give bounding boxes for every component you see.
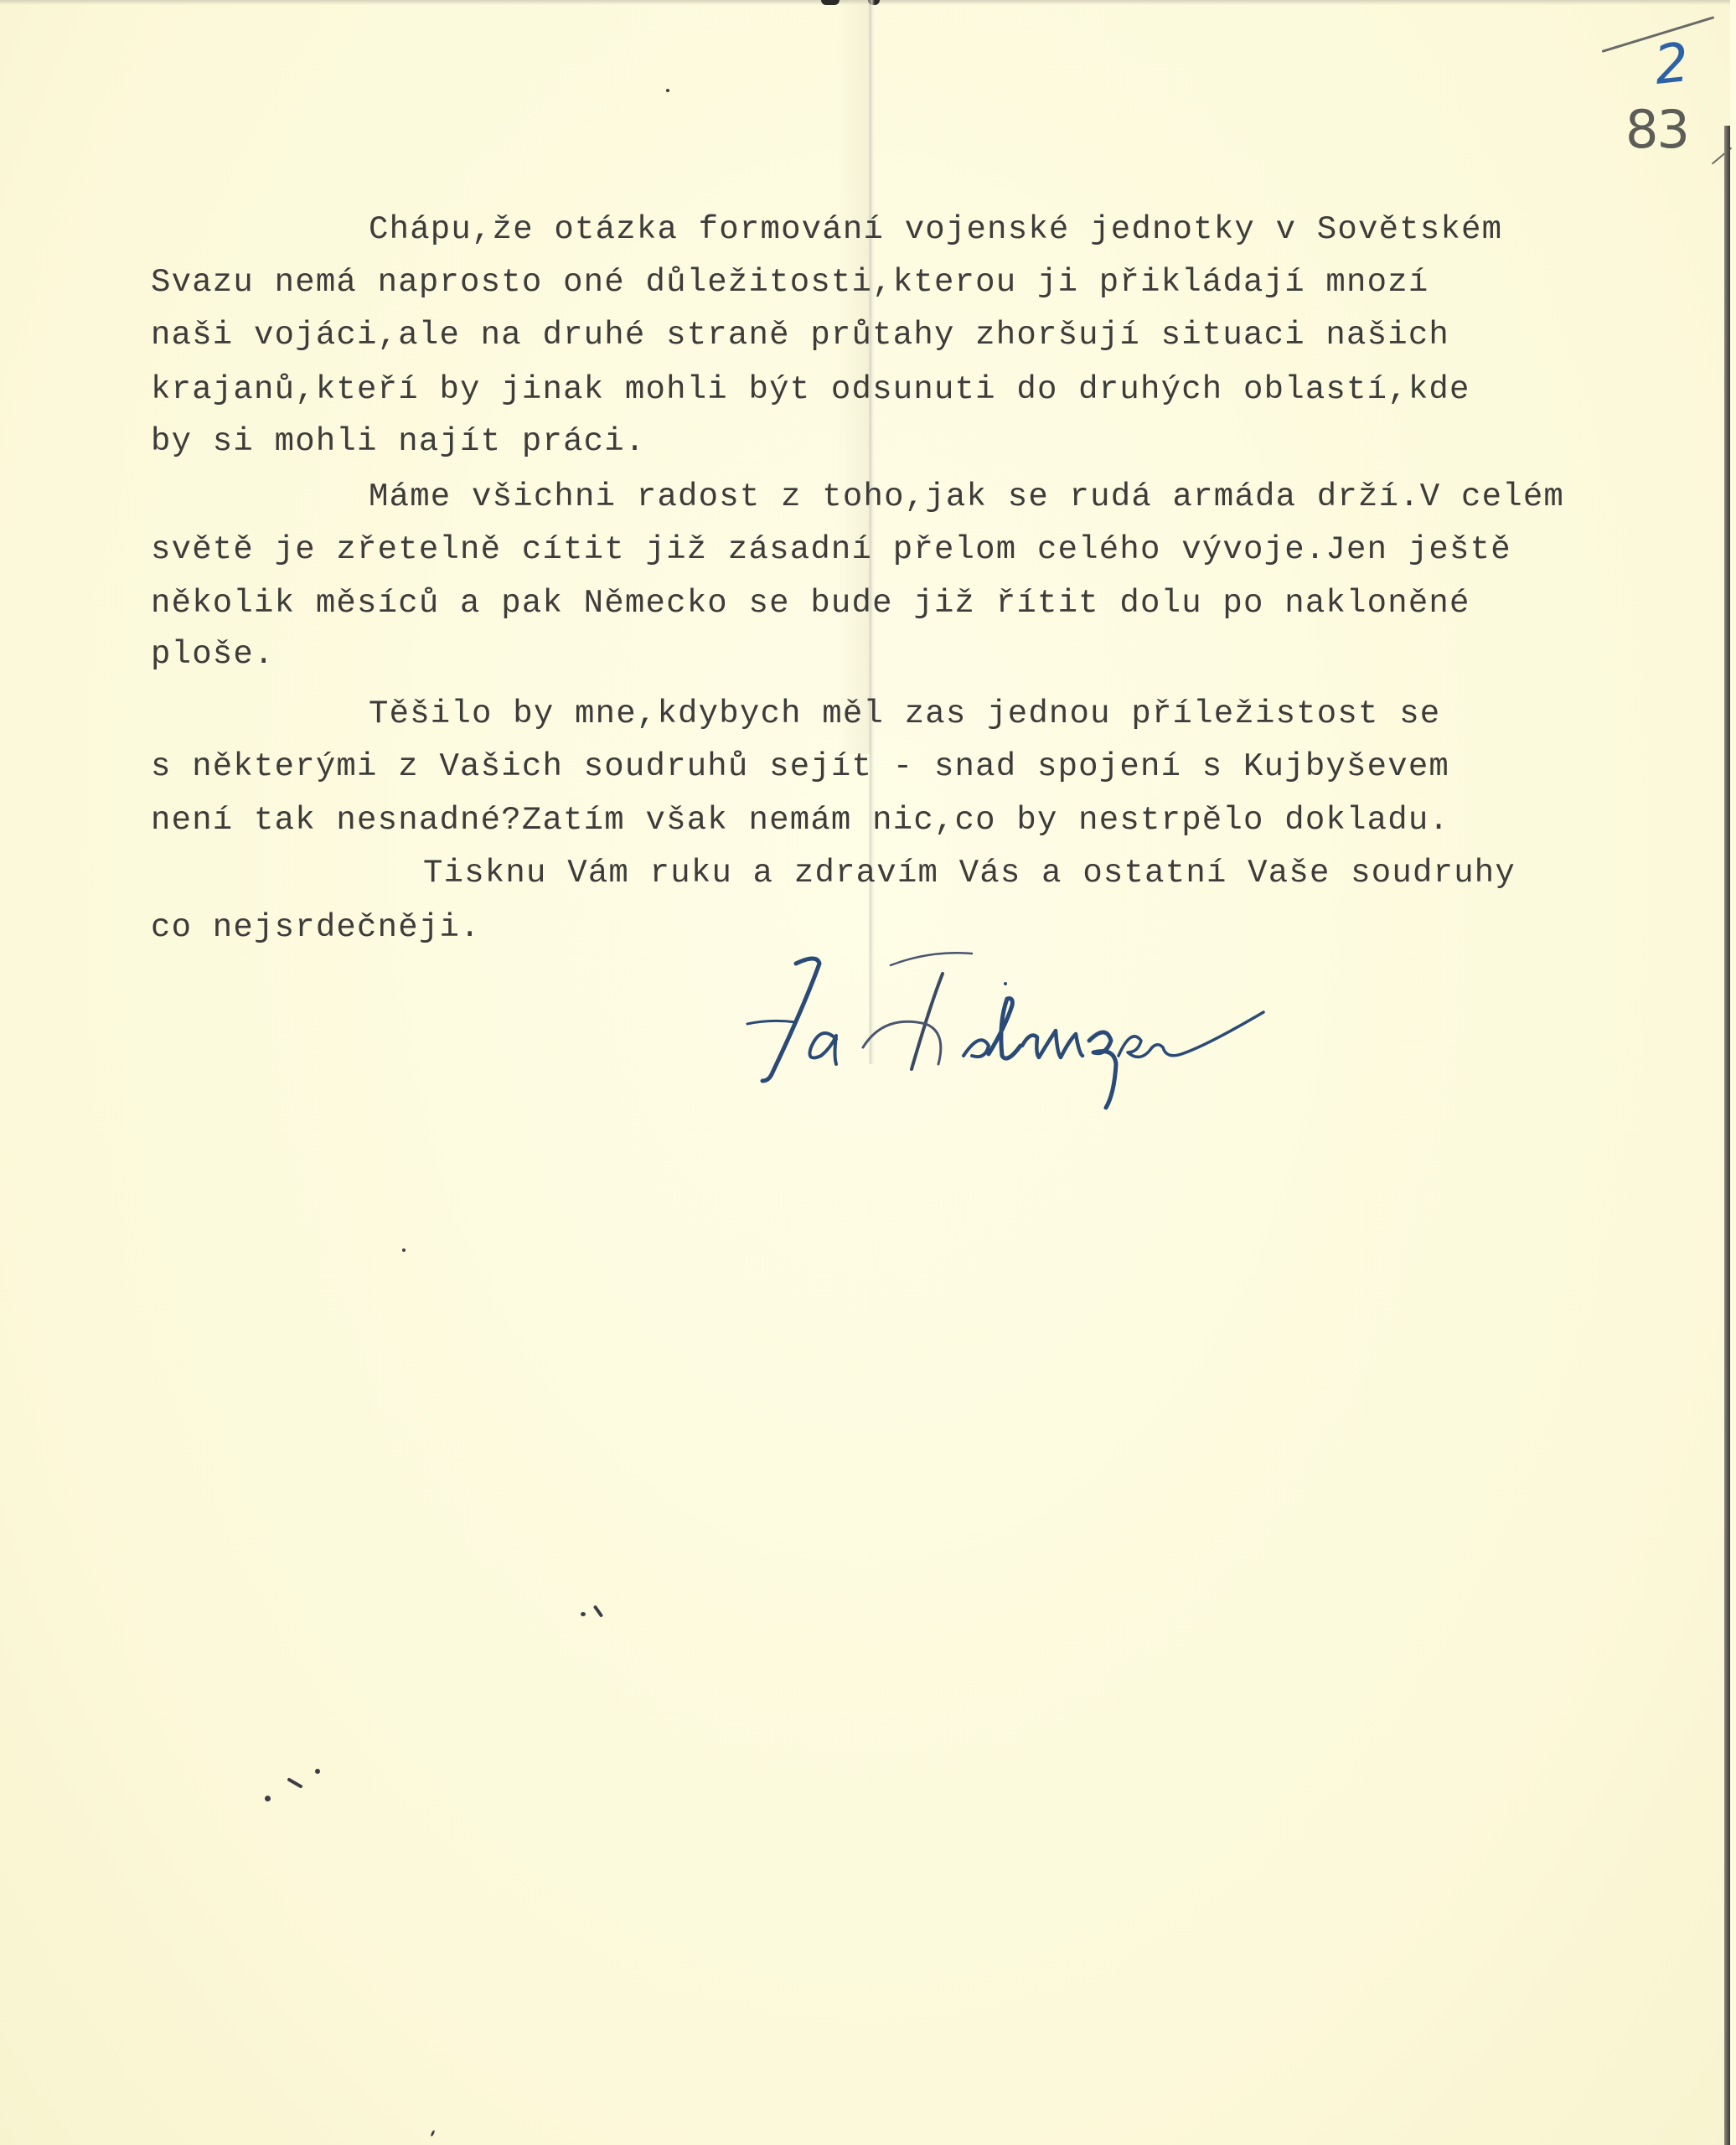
text-line: Těšilo by mne,kdybych měl zas jednou pří…: [369, 698, 1440, 731]
paper-speck: [315, 1769, 320, 1774]
paper-speck: [593, 1605, 603, 1617]
paper-speck: [265, 1796, 271, 1801]
text-line: krajanů,kteří by jinak mohli být odsunut…: [151, 374, 1470, 406]
document-page: 2 83 Chápu,že otázka formování vojenské …: [0, 0, 1730, 2145]
text-line: světě je zřetelně cítit již zásadní přel…: [151, 534, 1511, 566]
text-line: Tisknu Vám ruku a zdravím Vás a ostatní …: [423, 857, 1516, 890]
paper-speck: [430, 2130, 435, 2137]
text-line: není tak nesnadné?Zatím však nemám nic,c…: [151, 804, 1449, 837]
handwritten-signature: [737, 947, 1274, 1114]
paper-speck: [666, 89, 669, 92]
text-line: s některými z Vašich soudruhů sejít - sn…: [151, 751, 1449, 783]
text-line: několik měsíců a pak Německo se bude již…: [151, 587, 1470, 620]
paper-speck: [402, 1248, 406, 1252]
text-line: co nejsrdečněji.: [151, 912, 481, 944]
text-line: Máme všichni radost z toho,jak se rudá a…: [369, 481, 1564, 514]
text-line: ploše.: [151, 638, 275, 671]
text-line: Chápu,že otázka formování vojenské jedno…: [369, 214, 1502, 246]
clip-mark: [821, 0, 840, 5]
text-line: naši vojáci,ale na druhé straně průtahy …: [151, 319, 1449, 352]
paper-speck: [581, 1612, 586, 1616]
page-right-edge: [1724, 126, 1730, 2145]
text-line: Svazu nemá naprosto oné důležitosti,kter…: [151, 266, 1429, 299]
page-number-ink: 2: [1651, 32, 1692, 97]
paper-speck: [287, 1777, 302, 1788]
page-number-pencil: 83: [1625, 99, 1688, 160]
text-line: by si mohli najít práci.: [151, 426, 646, 458]
